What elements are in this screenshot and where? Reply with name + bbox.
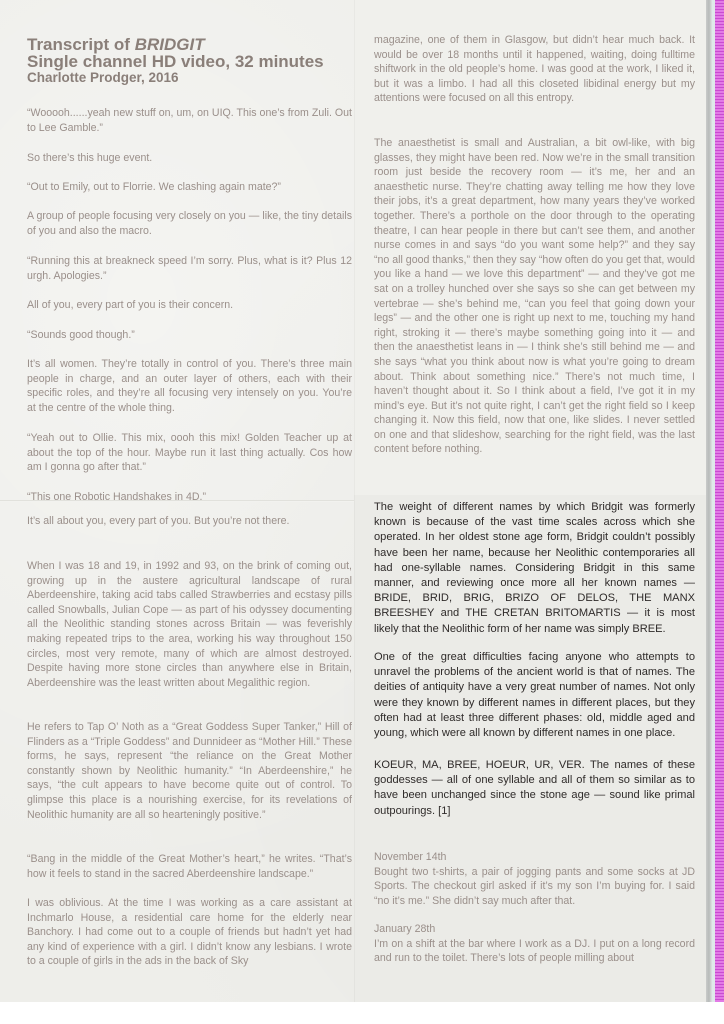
byline: Charlotte Prodger, 2016	[27, 70, 357, 85]
quoted-paragraph: One of the great difficulties facing any…	[374, 650, 695, 741]
diary-entry: January 28th I’m on a shift at the bar w…	[374, 922, 695, 966]
diary-entry: November 14th Bought two t-shirts, a pai…	[374, 850, 695, 908]
diary-text: I’m on a shift at the bar where I work a…	[374, 938, 695, 965]
paragraph: It’s all about you, every part of you. B…	[27, 514, 352, 529]
paragraph: “Bang in the middle of the Great Mother’…	[27, 852, 352, 881]
document-header: Transcript of BRIDGIT Single channel HD …	[27, 36, 357, 85]
paragraph: It’s all women. They’re totally in contr…	[27, 357, 352, 415]
paragraph: He refers to Tap O’ Noth as a “Great God…	[27, 720, 352, 822]
fold-line-vertical	[354, 0, 355, 1002]
paragraph: “This one Robotic Handshakes in 4D.”	[27, 490, 352, 505]
paragraph: “Wooooh......yeah new stuff on, um, on U…	[27, 106, 352, 135]
paragraph: All of you, every part of you is their c…	[27, 298, 352, 313]
paragraph: I was oblivious. At the time I was worki…	[27, 896, 352, 969]
diary-date: November 14th	[374, 850, 695, 865]
paragraph: “Running this at breakneck speed I’m sor…	[27, 254, 352, 283]
paragraph: “Yeah out to Ollie. This mix, oooh this …	[27, 431, 352, 475]
page-subtitle: Single channel HD video, 32 minutes	[27, 53, 357, 70]
diary-text: Bought two t-shirts, a pair of jogging p…	[374, 866, 695, 907]
paragraph: The anaesthetist is small and Australian…	[374, 136, 695, 457]
quoted-paragraph: KOEUR, MA, BREE, HOEUR, UR, VER. The nam…	[374, 758, 695, 819]
edge-stripe	[712, 0, 724, 1002]
paragraph: “Sounds good though.”	[27, 328, 352, 343]
paragraph: When I was 18 and 19, in 1992 and 93, on…	[27, 559, 352, 690]
quoted-paragraph: The weight of different names by which B…	[374, 500, 695, 637]
paragraph: magazine, one of them in Glasgow, but di…	[374, 33, 695, 106]
paragraph: So there’s this huge event.	[27, 151, 352, 166]
paragraph: A group of people focusing very closely …	[27, 209, 352, 238]
diary-date: January 28th	[374, 922, 695, 937]
page-title: Transcript of BRIDGIT	[27, 36, 357, 53]
paragraph: “Out to Emily, out to Florrie. We clashi…	[27, 180, 352, 195]
